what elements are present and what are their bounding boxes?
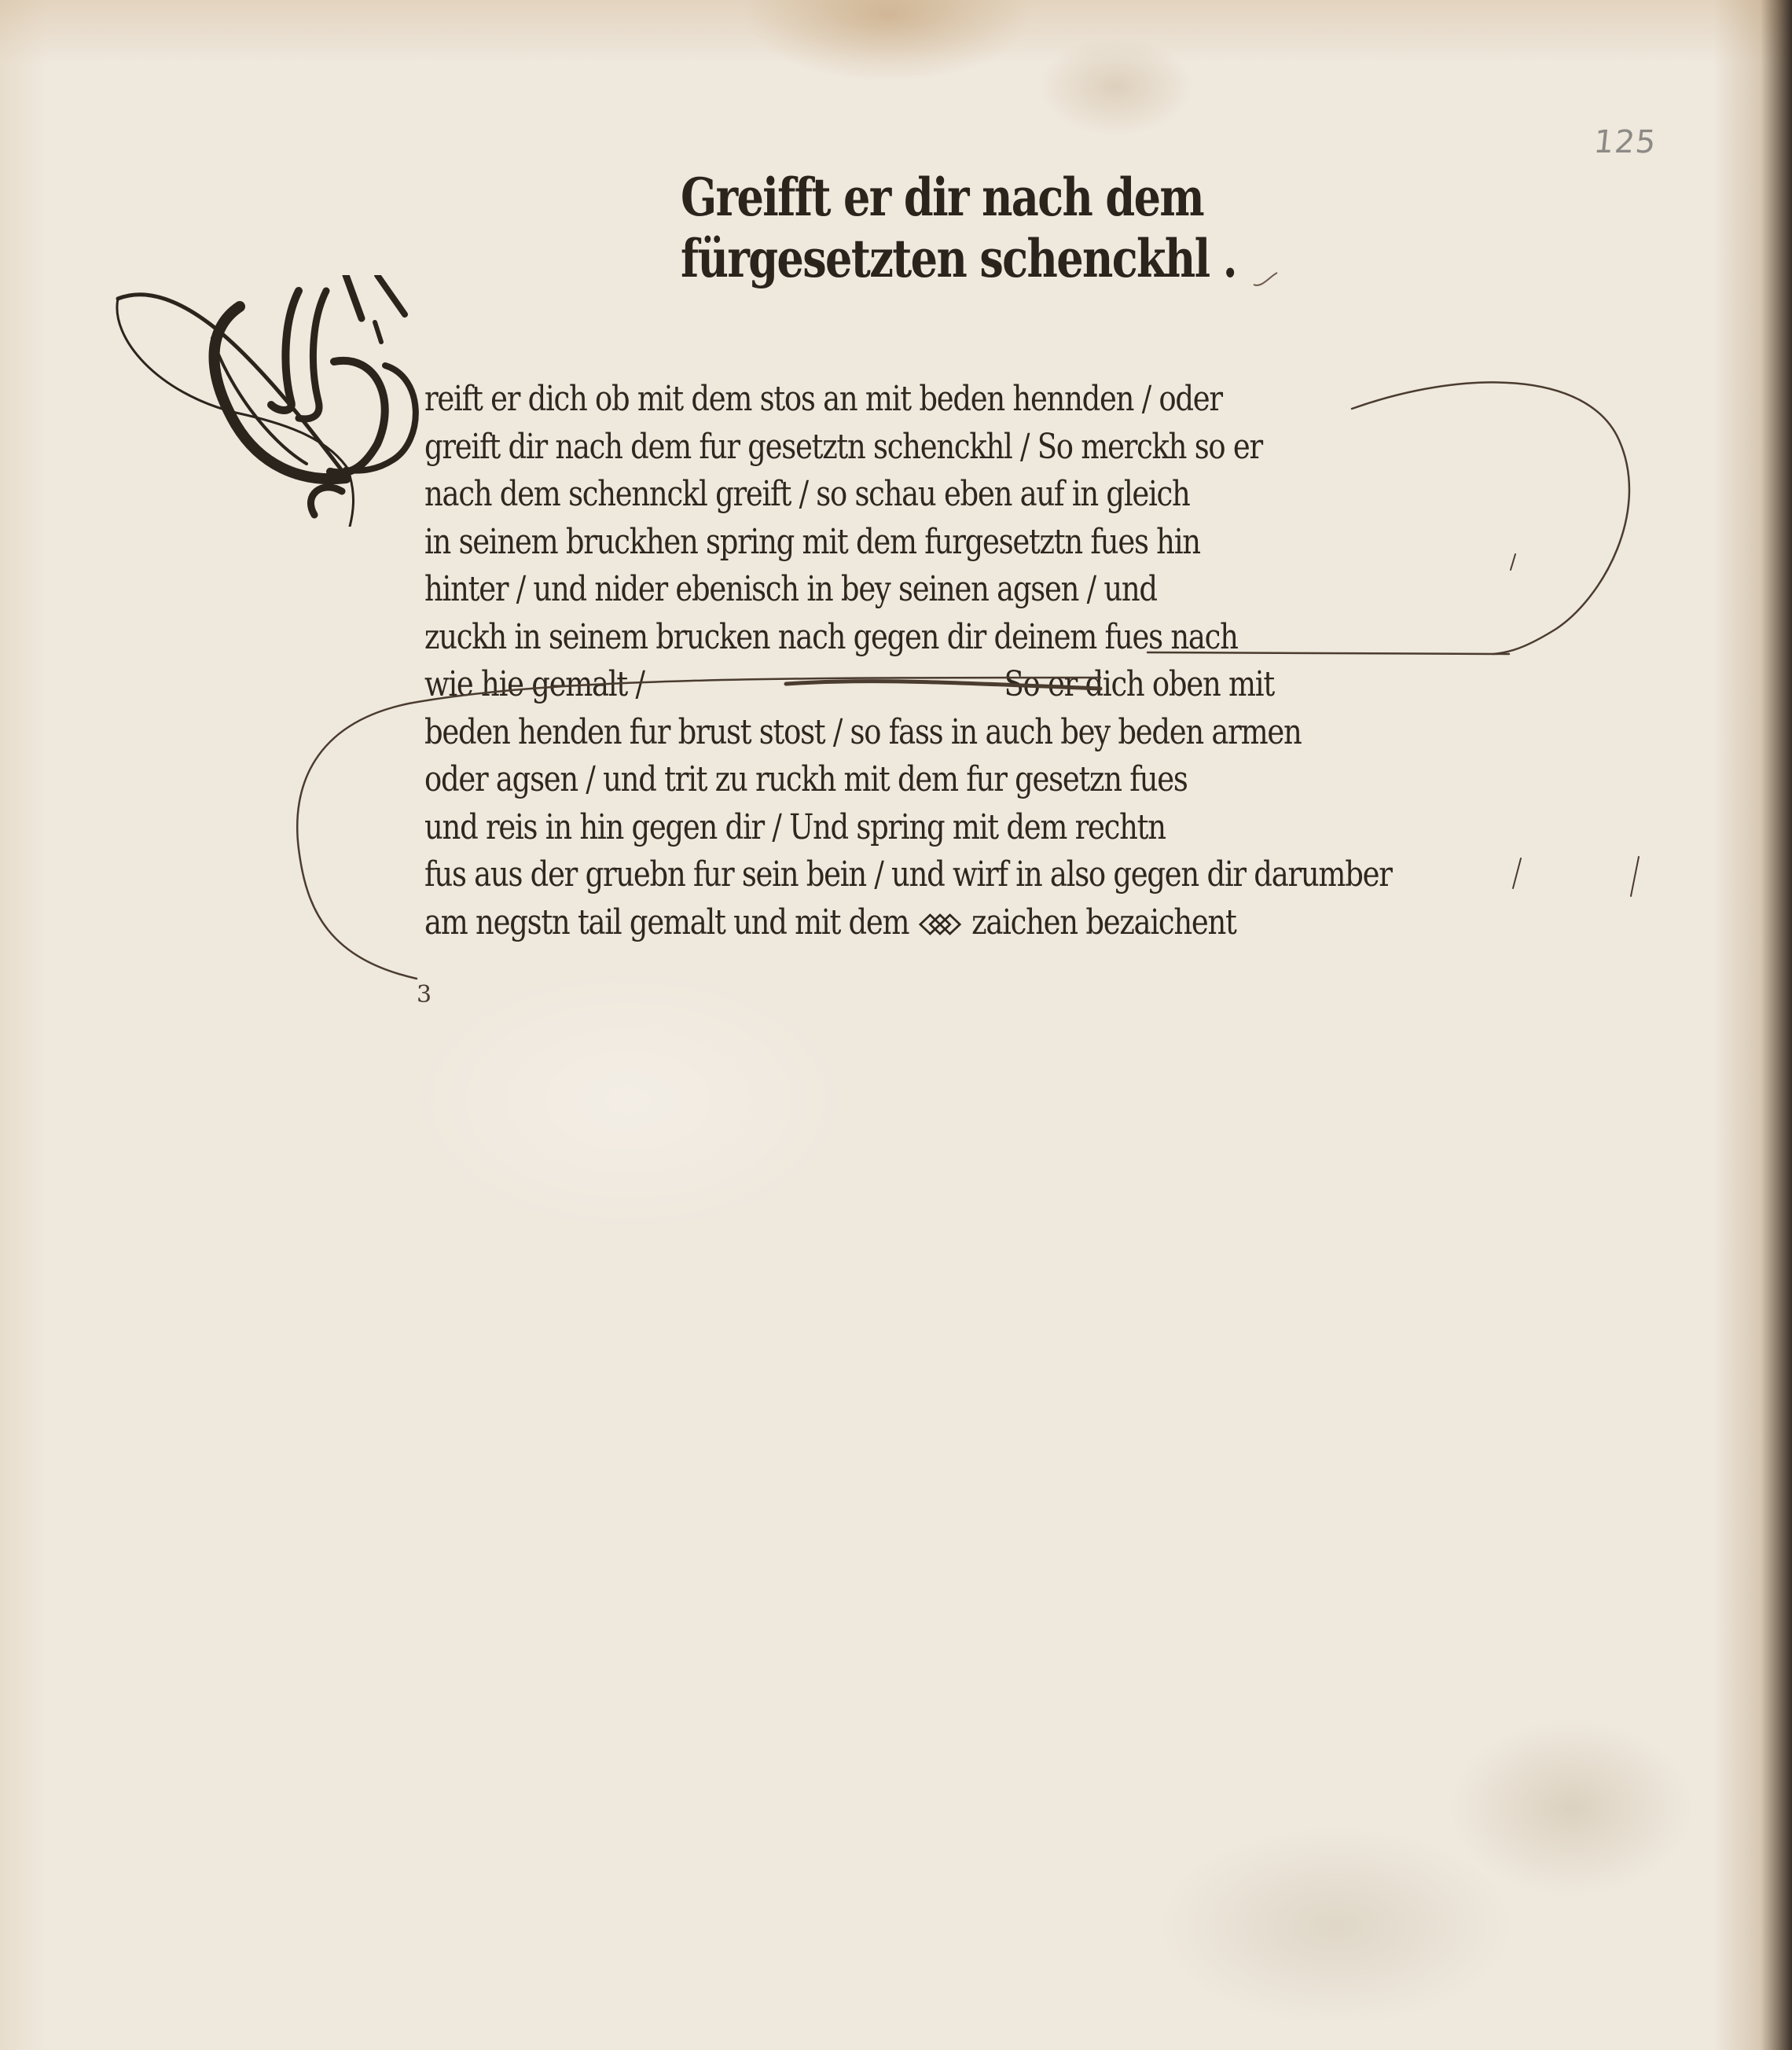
heading-line-1: Greifft er dir nach dem xyxy=(681,167,1261,228)
text-line: fus aus der gruebn fur sein bein / und w… xyxy=(424,851,1454,899)
text-segment: am negstn tail gemalt und mit dem xyxy=(424,902,909,942)
decorated-initial-icon xyxy=(110,275,440,527)
initial-tail-icon xyxy=(299,479,362,527)
knot-sign-icon xyxy=(917,911,964,938)
text-segment: zaichen bezaichent xyxy=(971,902,1236,942)
text-line-with-sign: am negstn tail gemalt und mit dem zaiche… xyxy=(424,899,1454,947)
folio-number: 125 xyxy=(1592,124,1658,160)
chapter-heading: Greifft er dir nach dem fürgesetzten sch… xyxy=(681,167,1261,289)
body-text: reift er dich ob mit dem stos an mit bed… xyxy=(424,376,1651,946)
text-segment: So er dich oben mit xyxy=(1004,664,1273,704)
text-line: in seinem bruckhen spring mit dem furges… xyxy=(424,519,1454,567)
bracket-mark: 3 xyxy=(417,981,431,1008)
heading-line-2: fürgesetzten schenckhl . xyxy=(681,228,1261,289)
text-line: hinter / und nider ebenisch in bey seine… xyxy=(424,566,1454,614)
text-line-split: wie hie gemalt / So er dich oben mit xyxy=(424,661,1454,709)
heading-flourish-icon xyxy=(1250,269,1281,292)
text-line: reift er dich ob mit dem stos an mit bed… xyxy=(424,376,1454,424)
text-line: nach dem schennckl greift / so schau ebe… xyxy=(424,471,1454,519)
text-line: greift dir nach dem fur gesetztn schenck… xyxy=(424,424,1454,472)
text-line: und reis in hin gegen dir / Und spring m… xyxy=(424,804,1454,852)
text-line: oder agsen / und trit zu ruckh mit dem f… xyxy=(424,756,1454,804)
text-line: zuckh in seinem brucken nach gegen dir d… xyxy=(424,614,1454,662)
text-segment: wie hie gemalt / xyxy=(424,664,644,704)
text-line: beden henden fur brust stost / so fass i… xyxy=(424,709,1454,757)
manuscript-page: 125 Greifft er dir nach dem fürgesetzten… xyxy=(0,0,1792,2050)
